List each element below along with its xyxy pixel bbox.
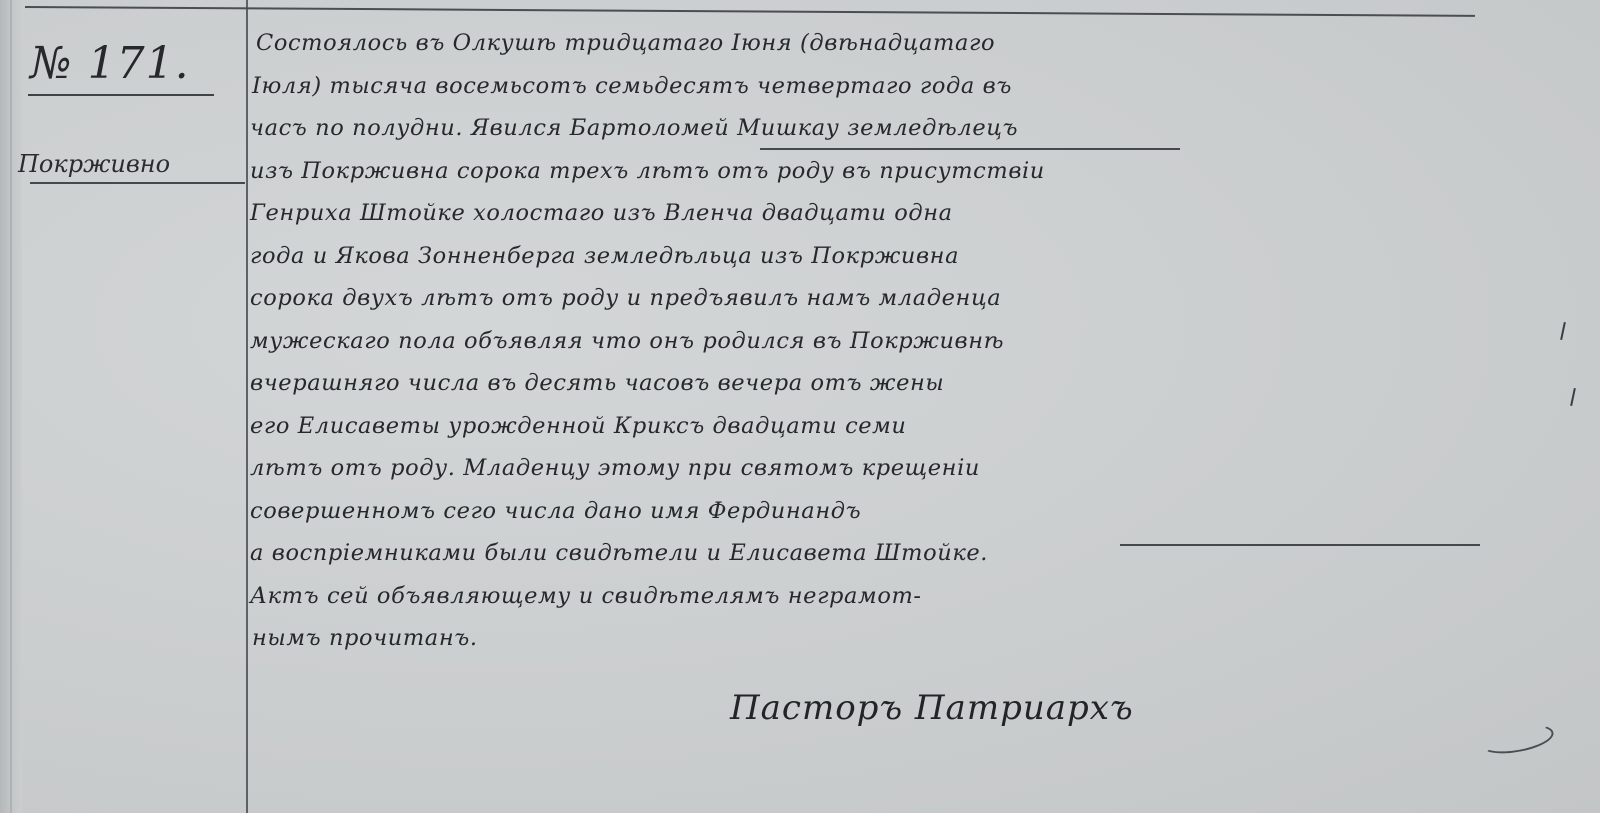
pastor-signature: Пасторъ Патриархъ xyxy=(730,688,1134,728)
name-underline-father xyxy=(760,148,1180,150)
entry-body: Состоялось въ Олкушѣ тридцатаго Іюня (дв… xyxy=(250,22,1530,660)
body-line: Актъ сей объявляющему и свидѣтелямъ негр… xyxy=(250,575,1530,618)
entry-place: Покрживно xyxy=(18,150,170,178)
column-divider xyxy=(246,0,248,813)
name-underline-child xyxy=(1120,544,1480,546)
signature-flourish xyxy=(1478,720,1555,758)
body-line: лѣтъ отъ роду. Младенцу этому при святом… xyxy=(250,447,1530,490)
body-line: нымъ прочитанъ. xyxy=(250,617,1530,660)
register-page: № 171. Покрживно Состоялось въ Олкушѣ тр… xyxy=(0,0,1600,813)
entry-place-underline xyxy=(30,182,245,184)
body-line: изъ Покрживна сорока трехъ лѣтъ отъ роду… xyxy=(250,150,1530,193)
body-line: совершенномъ сего числа дано имя Фердина… xyxy=(250,490,1530,533)
body-line: Іюля) тысяча восемьсотъ семьдесятъ четве… xyxy=(250,65,1530,108)
body-line: года и Якова Зонненберга земледѣльца изъ… xyxy=(250,235,1530,278)
body-line: вчерашняго числа въ десять часовъ вечера… xyxy=(250,362,1530,405)
entry-number-underline xyxy=(28,94,214,96)
body-line: его Елисаветы урожденной Криксъ двадцати… xyxy=(250,405,1530,448)
body-line: мужескаго пола объявляя что онъ родился … xyxy=(250,320,1530,363)
margin-tick-mark xyxy=(1560,322,1566,340)
body-line: Генриха Штойке холостаго изъ Вленча двад… xyxy=(250,192,1530,235)
body-line: часъ по полудни. Явился Бартоломей Мишка… xyxy=(250,107,1530,150)
binding-line xyxy=(10,0,12,813)
top-rule-line xyxy=(25,6,1475,17)
body-line: сорока двухъ лѣтъ отъ роду и предъявилъ … xyxy=(250,277,1530,320)
margin-tick-mark xyxy=(1570,388,1576,406)
body-line: а воспріемниками были свидѣтели и Елисав… xyxy=(250,532,1530,575)
entry-number: № 171. xyxy=(30,38,190,89)
body-line: Состоялось въ Олкушѣ тридцатаго Іюня (дв… xyxy=(250,22,1530,65)
